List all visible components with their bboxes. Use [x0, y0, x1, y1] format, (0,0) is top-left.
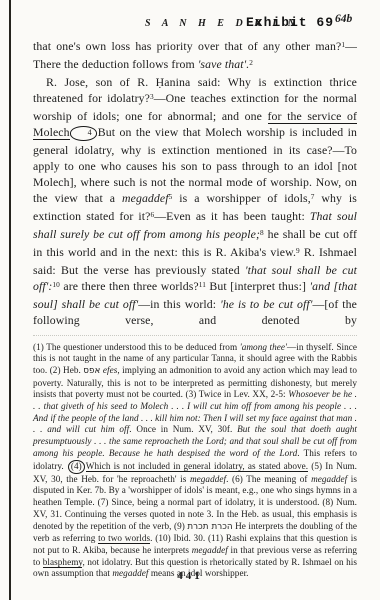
text-run: . (6) The meaning of [226, 474, 311, 484]
footnote-reference: 10 [52, 280, 60, 289]
pen-underline-annotation: blasphemy [43, 557, 83, 568]
italic-text: megaddef [122, 191, 169, 205]
footnote-reference: 2 [249, 58, 253, 67]
footnote-reference: 8 [260, 228, 264, 237]
text-run: But [interpret thus:] [206, 279, 310, 293]
footnote-reference: 7 [311, 192, 315, 201]
footnote-reference: 11 [199, 280, 206, 289]
text-run: is a worshipper of idols, [172, 191, 310, 205]
folio-number: 64b [335, 13, 352, 25]
paragraph-1: that one's own loss has priority over th… [33, 38, 357, 74]
pen-circle-annotation: 4 [70, 126, 97, 140]
footnote-reference: 1 [341, 40, 345, 49]
footnotes-block: (1) The questioner understood this to be… [33, 335, 357, 581]
exhibit-stamp: Exhibit 69 [246, 15, 334, 30]
text-run: —in this world: [138, 297, 220, 311]
footnote-reference: 6 [151, 210, 155, 219]
text-run: (1) The questioner understood this to be… [33, 342, 240, 352]
footnote-reference: 5 [169, 192, 173, 201]
text-run: are there then three worlds? [60, 279, 199, 293]
italic-text: megaddef [192, 545, 228, 555]
page-header: S A N H E D R I N Exhibit 69 64b [33, 14, 357, 38]
left-border-line [9, 0, 11, 600]
paragraph-2: R. Jose, son of R. Ḥanina said: Why is e… [33, 74, 357, 328]
text-run: that one's own loss has priority over th… [33, 39, 341, 53]
main-text: that one's own loss has priority over th… [33, 38, 357, 329]
footnote-reference: 9 [296, 246, 300, 255]
italic-text: efes [103, 365, 117, 375]
page-content: S A N H E D R I N Exhibit 69 64b that on… [33, 14, 357, 580]
italic-text: megaddef [311, 474, 347, 484]
text-run: —Even as it has been taught: [154, 209, 310, 223]
hebrew-text: אפס [83, 366, 100, 376]
text-run: . Once in Num. XV, 30f. [129, 424, 237, 434]
hebrew-text: הכרת תכרת [187, 522, 232, 532]
page-number: 441 [0, 570, 380, 582]
italic-text: megaddef [190, 474, 226, 484]
italic-text: 'save that'. [198, 57, 249, 71]
italic-text: 'he is to be cut off' [220, 297, 312, 311]
italic-text: 'among thee' [240, 342, 287, 352]
pen-circle-annotation: (4) [68, 460, 85, 474]
footnote-reference: 3 [150, 92, 154, 101]
pen-underline-annotation: Which is not included in general idolatr… [86, 461, 308, 472]
pen-underline-annotation: to two worlds [98, 533, 150, 544]
scanned-page: S A N H E D R I N Exhibit 69 64b that on… [0, 0, 380, 600]
